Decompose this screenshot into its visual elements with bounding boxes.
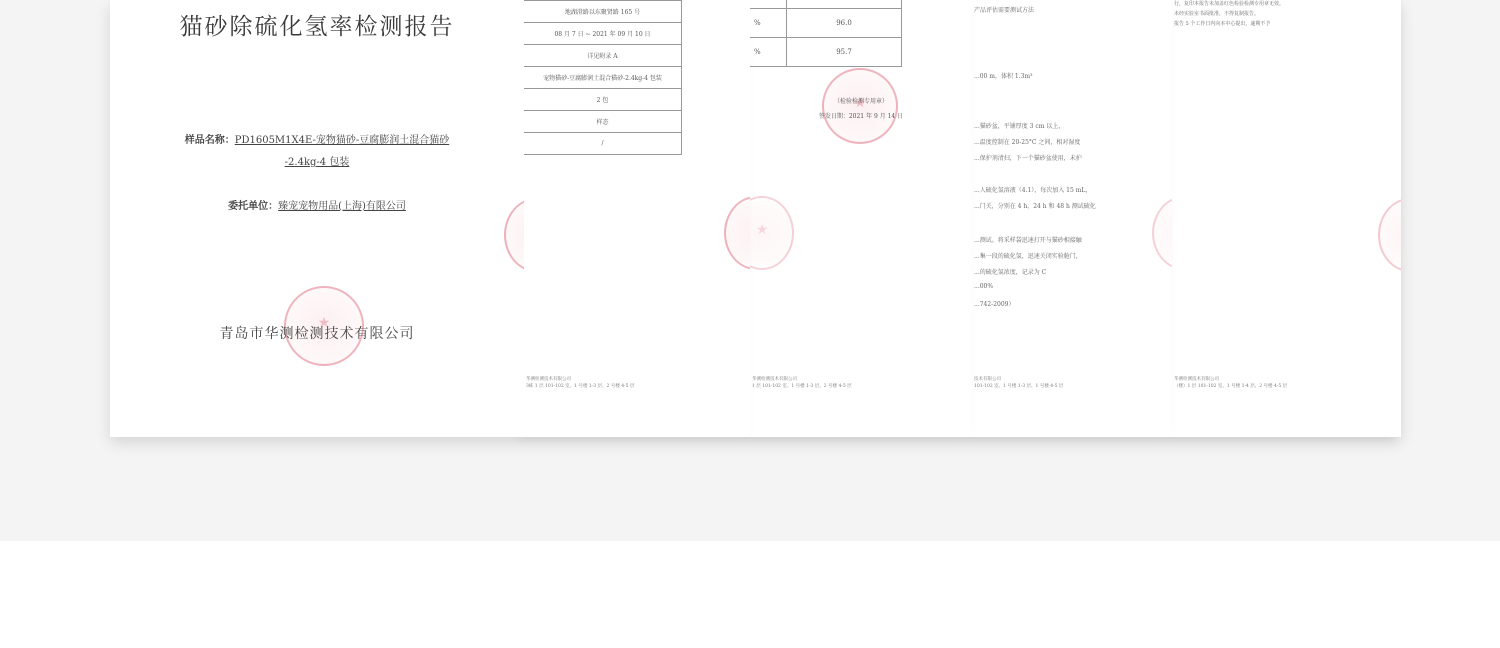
table-row [750,0,902,9]
page-footer: 技术有限公司 101-102 室、1 号楼 1-3 层、1 号楼 4-5 层 [974,376,1063,390]
text-line: ...温度控制在 20-25°C 之间，相对湿度 [974,137,1080,146]
report-pages-stack: 猫砂除硫化氢率检测报告 样品名称：PD1605M1X4E-宠物猫砂-豆腐膨润土混… [110,0,1401,437]
seal-caption: （检验检测专用章） [750,96,972,105]
table-cell: 样态 [524,111,682,133]
results-table: %96.0 %95.7 [750,0,902,67]
table-cell: 2 包 [524,89,682,111]
report-page-3: %96.0 %95.7 （检验检测专用章） 签发日期：2021 年 9 月 14… [750,0,972,437]
text-line: ...门关，分别在 4 h、24 h 和 48 h 测试硫化 [974,201,1096,210]
page-footer: 华测检测技术有限公司 1 层 101-102 室、1 号楼 1-3 层、2 号楼… [752,376,852,390]
table-cell: 宠物猫砂-豆腐膨润土混合猫砂-2.4kg-4 包装 [524,67,682,89]
testing-company-name: 青岛市华测检测技术有限公司 [110,323,524,343]
table-row: / [524,133,682,155]
text-line: ...猫砂盆，平铺厚度 3 cm 以上， [974,121,1064,130]
footer-line: 技术有限公司 [974,376,1063,383]
report-page-5: 行，复印本报告未加盖红色检验检测专用章无效。 未经实验室书面批准，不得复制报告。… [1172,0,1401,437]
unit-cell: % [750,9,787,38]
table-row: 地湖澄路以东聚贤路 165 号 [524,1,682,23]
table-row: %95.7 [750,38,902,67]
text-line: 产品评估需要测试方法 [974,5,1034,14]
report-title: 猫砂除硫化氢率检测报告 [110,8,524,41]
footer-line: 1 层 101-102 室、1 号楼 1-3 层、2 号楼 4-5 层 [752,383,852,390]
edge-seal-icon [750,196,794,270]
table-row: 宠物猫砂-豆腐膨润土混合猫砂-2.4kg-4 包装 [524,67,682,89]
table-cell: / [524,133,682,155]
client-label: 委托单位： [228,201,278,212]
footer-line: 华测检测技术有限公司 [526,376,634,383]
value-cell: 95.7 [787,38,902,67]
page-footer: 华测检测技术有限公司 3栋 1 层 101-102 室、1 号楼 1-3 层、2… [526,376,634,390]
table-row: %96.0 [750,9,902,38]
sample-name-value: PD1605M1X4E-宠物猫砂-豆腐膨润土混合猫砂 [235,135,450,146]
official-seal-icon [822,68,898,144]
table-cell: 08 月 7 日 ~ 2021 年 09 月 10 日 [524,23,682,45]
report-cover-page: 猫砂除硫化氢率检测报告 样品名称：PD1605M1X4E-宠物猫砂-豆腐膨润土混… [110,0,524,437]
text-line: 行，复印本报告未加盖红色检验检测专用章无效。 [1174,0,1284,7]
table-row: 2 包 [524,89,682,111]
client-value: 臻宠宠物用品(上海)有限公司 [278,201,406,212]
edge-seal-icon [1152,196,1172,270]
table-row: 样态 [524,111,682,133]
text-line: ...00% [974,283,993,290]
table-cell: 详见附录 A [524,45,682,67]
sample-name-value-cont: -2.4kg-4 包装 [285,157,350,168]
sample-name-label: 样品名称： [185,135,235,146]
report-page-2: 地湖澄路以东聚贤路 165 号 08 月 7 日 ~ 2021 年 09 月 1… [524,0,750,437]
text-line: 未经实验室书面批准，不得复制报告。 [1174,10,1259,17]
table-row: 08 月 7 日 ~ 2021 年 09 月 10 日 [524,23,682,45]
footer-line: 101-102 室、1 号楼 1-3 层、1 号楼 4-5 层 [974,383,1063,390]
text-line: ...的硫化氢浓度，记录为 C [974,267,1046,276]
client-field: 委托单位：臻宠宠物用品(上海)有限公司 [110,197,524,212]
table-cell: 地湖澄路以东聚贤路 165 号 [524,1,682,23]
footer-line: 华测检测技术有限公司 [752,376,852,383]
text-line: 报告 5 个工作日内向本中心提出，逾期不予 [1174,20,1270,27]
footer-line: 3栋 1 层 101-102 室、1 号楼 1-3 层、2 号楼 4-5 层 [526,383,634,390]
value-cell [787,0,902,9]
text-line: ...人硫化氢溶液（4.1），每次加入 15 mL， [974,185,1091,194]
sample-name-field-cont: -2.4kg-4 包装 [110,153,524,168]
edge-seal-icon [1378,198,1401,272]
unit-cell [750,0,787,9]
sample-name-field: 样品名称：PD1605M1X4E-宠物猫砂-豆腐膨润土混合猫砂 [110,131,524,146]
text-line: ...保护剂清扫，下一个猫砂盆使用，未护 [974,153,1082,162]
footer-line: （楼）1 层 101-102 室、1 号楼 1-4 层、2 号楼 4-5 层 [1174,383,1287,390]
edge-seal-icon [724,196,750,270]
text-line: ...742-2009） [974,299,1014,308]
footer-line: 华测检测技术有限公司 [1174,376,1287,383]
page-footer: 华测检测技术有限公司 （楼）1 层 101-102 室、1 号楼 1-4 层、2… [1174,376,1287,390]
unit-cell: % [750,38,787,67]
table-row: 详见附录 A [524,45,682,67]
sample-info-table: 地湖澄路以东聚贤路 165 号 08 月 7 日 ~ 2021 年 09 月 1… [524,0,682,155]
value-cell: 96.0 [787,9,902,38]
issue-date: 签发日期：2021 年 9 月 14 日 [750,111,972,120]
text-line: ...集一段的硫化氢，迅速关闭实验舱门， [974,251,1082,260]
text-line: ...00 m，体积 1.3m³ [974,71,1033,80]
report-page-4: 产品评估需要测试方法 ...00 m，体积 1.3m³ ...猫砂盆，平铺厚度 … [972,0,1172,437]
text-line: ...测试。将采样袋迅速打开与猫砂相接触 [974,235,1082,244]
